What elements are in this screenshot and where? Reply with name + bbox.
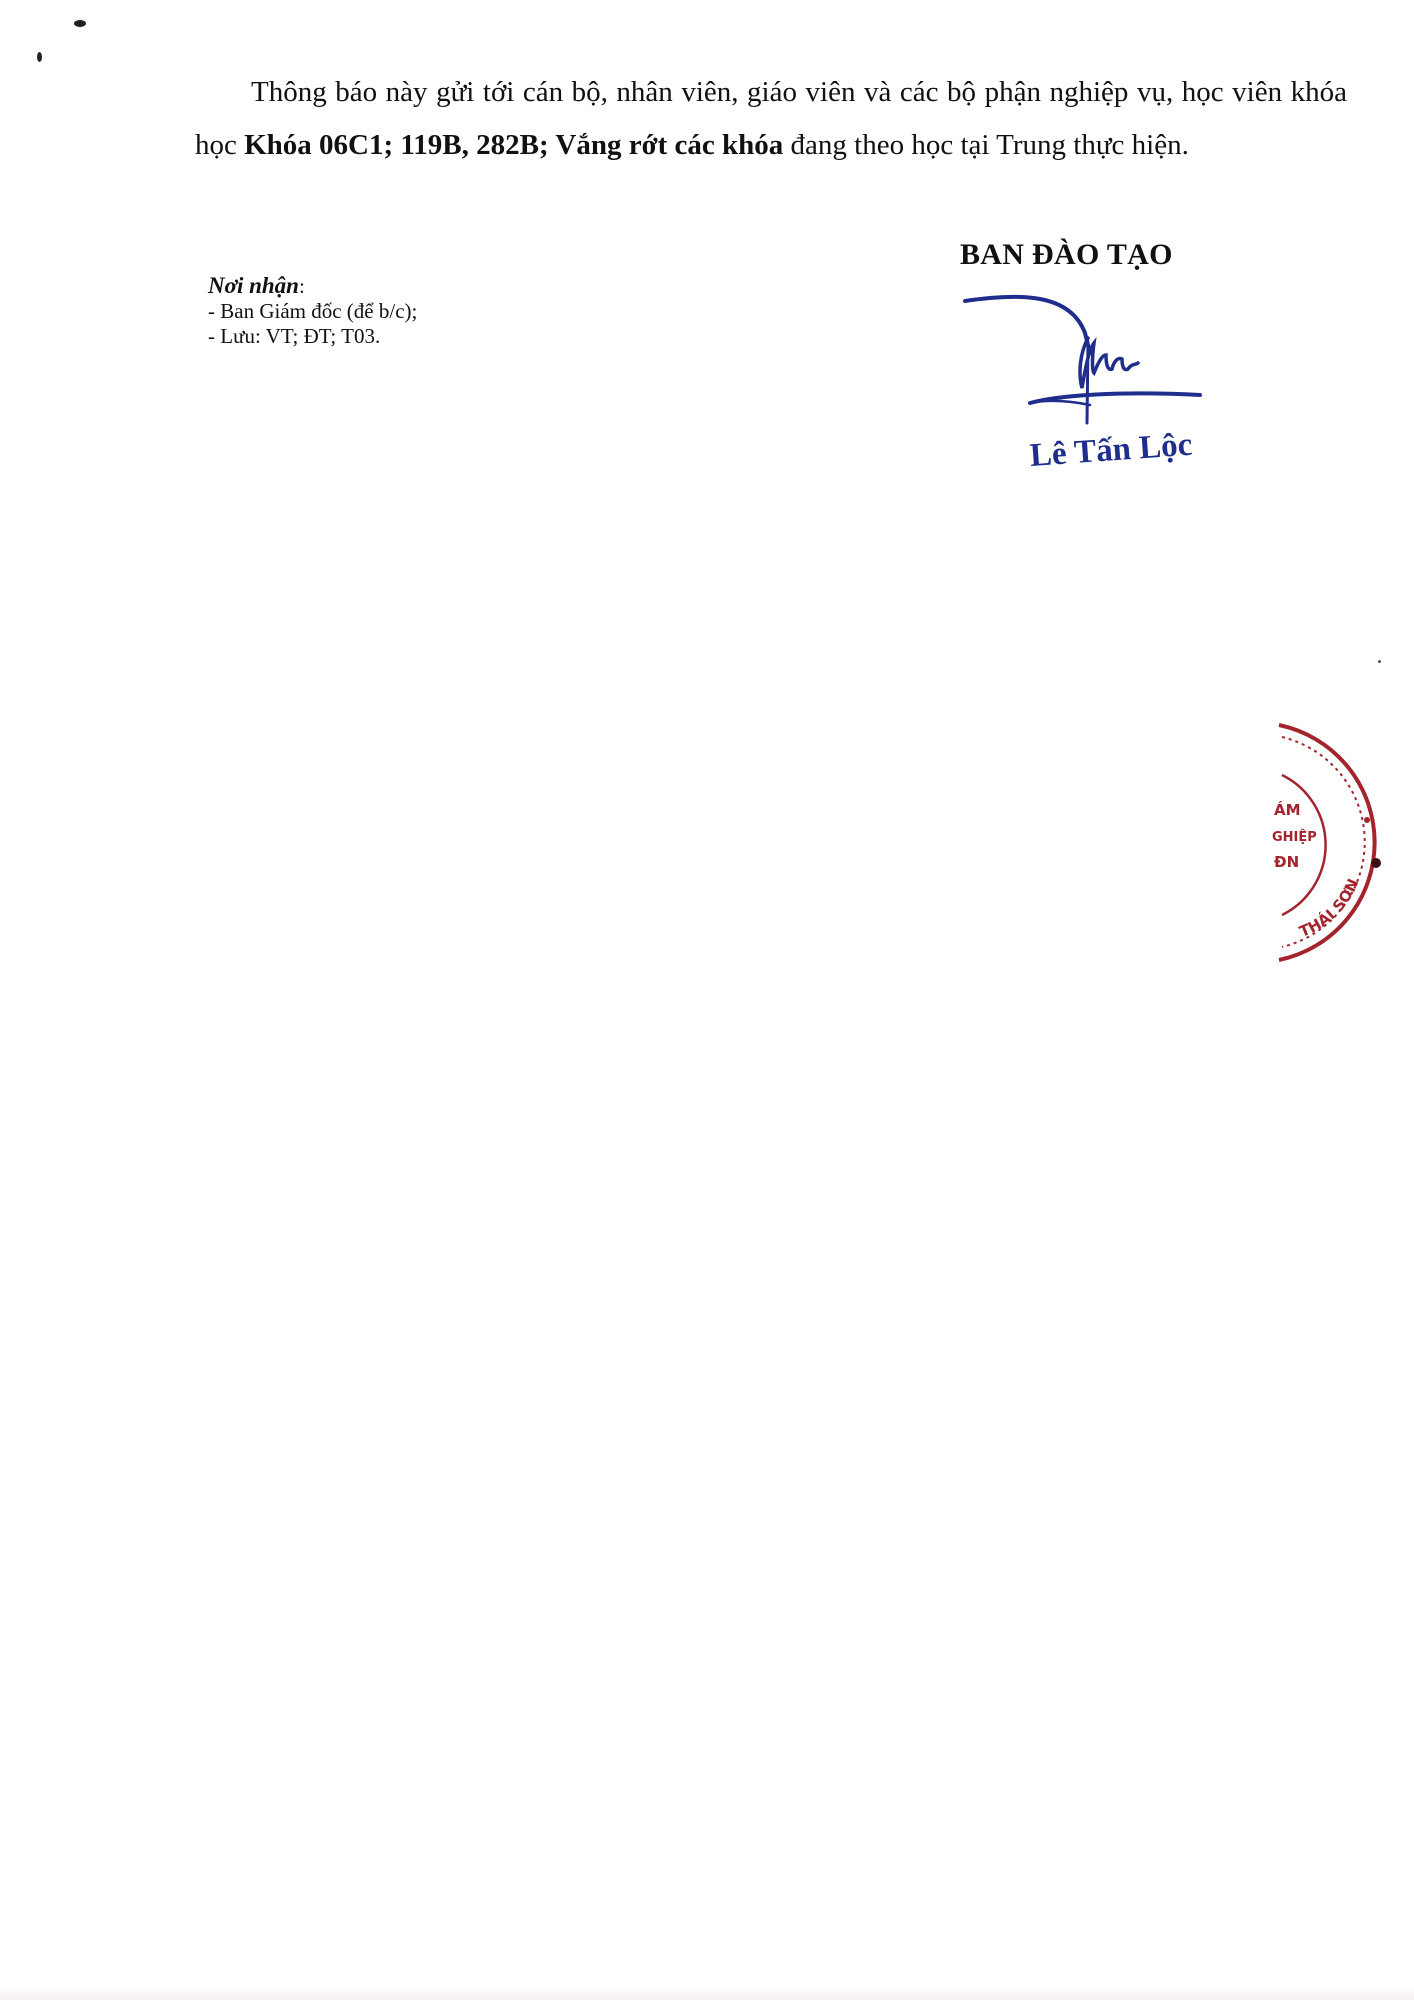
stamp-fragment: GHIỆP xyxy=(1272,829,1317,845)
signer-department: BAN ĐÀO TẠO xyxy=(960,238,1210,272)
scan-speck xyxy=(37,52,42,62)
recipients-title: Nơi nhận xyxy=(208,273,299,298)
scan-edge xyxy=(0,1986,1414,2000)
recipient-item: - Ban Giám đốc (để b/c); xyxy=(208,299,417,324)
recipients-block: Nơi nhận: - Ban Giám đốc (để b/c); - Lưu… xyxy=(208,273,417,349)
stamp-fragment: ĐN xyxy=(1274,853,1299,871)
stamp-fragment: ÁM xyxy=(1274,800,1301,819)
scan-speck xyxy=(1378,660,1381,663)
recipients-colon: : xyxy=(299,274,305,298)
recipient-item: - Lưu: VT; ĐT; T03. xyxy=(208,324,417,349)
notice-end-text: đang theo học tại Trung thực hiện. xyxy=(783,129,1189,161)
scan-speck xyxy=(74,20,86,27)
official-stamp-icon: ÁM GHIỆP ĐN THÁI SƠN xyxy=(1262,715,1414,965)
signer-block: BAN ĐÀO TẠO Lê Tấn Lộc xyxy=(960,238,1210,272)
notice-paragraph: Thông báo này gửi tới cán bộ, nhân viên,… xyxy=(195,66,1347,172)
handwritten-signature-icon xyxy=(960,293,1210,433)
recipients-heading: Nơi nhận: xyxy=(208,273,417,299)
notice-courses-text: Khóa 06C1; 119B, 282B; Vắng rớt các khóa xyxy=(244,129,783,161)
signer-name: Lê Tấn Lộc xyxy=(1029,427,1194,475)
